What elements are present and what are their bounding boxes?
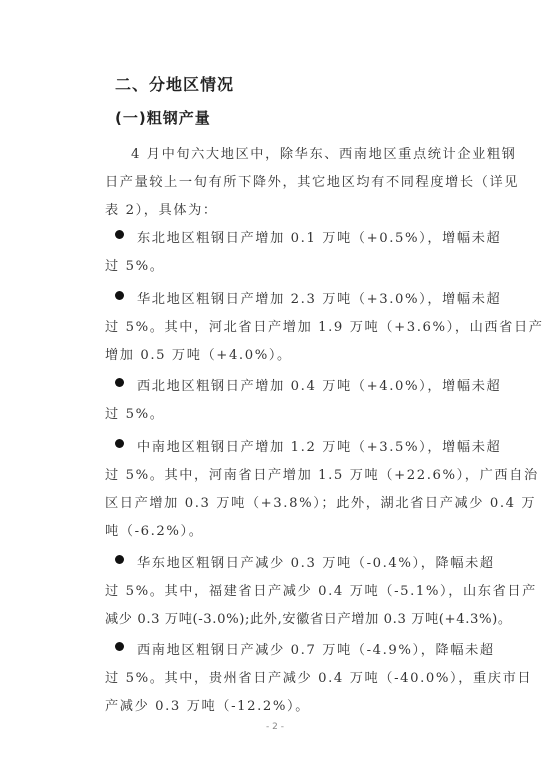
bullet-line: 区日产增加 0.3 万吨（+3.8%）；此外，湖北省日产减少 0.4 万 bbox=[105, 492, 445, 511]
bullet-icon bbox=[115, 551, 125, 561]
bullet-line: 产减少 0.3 万吨（-12.2%）。 bbox=[105, 695, 445, 714]
subsection-heading: (一)粗钢产量 bbox=[115, 107, 211, 128]
bullet-line: 西南地区粗钢日产减少 0.7 万吨（-4.9%），降幅未超 bbox=[137, 639, 477, 658]
bullet-icon bbox=[115, 287, 125, 297]
bullet-line: 过 5%。其中，河北省日产增加 1.9 万吨（+3.6%），山西省日产 bbox=[105, 316, 445, 335]
bullet-line: 过 5%。其中，福建省日产减少 0.4 万吨（-5.1%），山东省日产 bbox=[105, 580, 445, 599]
bullet-line: 过 5%。其中，贵州省日产减少 0.4 万吨（-40.0%），重庆市日 bbox=[105, 667, 445, 686]
section-heading: 二、分地区情况 bbox=[115, 72, 234, 95]
bullet-icon bbox=[115, 374, 125, 384]
bullet-icon bbox=[115, 638, 125, 648]
bullet-line: 过 5%。 bbox=[105, 403, 445, 422]
page-number: - 2 - bbox=[0, 722, 550, 732]
bullet-line: 华北地区粗钢日产增加 2.3 万吨（+3.0%），增幅未超 bbox=[137, 288, 477, 307]
bullet-line: 吨（-6.2%）。 bbox=[105, 520, 445, 539]
intro-line: 4 月中旬六大地区中，除华东、西南地区重点统计企业粗钢 bbox=[131, 143, 471, 162]
bullet-line: 华东地区粗钢日产减少 0.3 万吨（-0.4%），降幅未超 bbox=[137, 552, 477, 571]
bullet-line: 减少 0.3 万吨(-3.0%);此外,安徽省日产增加 0.3 万吨(+4.3%… bbox=[105, 608, 445, 627]
bullet-line: 过 5%。 bbox=[105, 255, 445, 274]
bullet-line: 西北地区粗钢日产增加 0.4 万吨（+4.0%），增幅未超 bbox=[137, 375, 477, 394]
bullet-line: 过 5%。其中，河南省日产增加 1.5 万吨（+22.6%），广西自治 bbox=[105, 464, 445, 483]
bullet-icon bbox=[115, 226, 125, 236]
bullet-line: 增加 0.5 万吨（+4.0%）。 bbox=[105, 344, 445, 363]
bullet-line: 中南地区粗钢日产增加 1.2 万吨（+3.5%），增幅未超 bbox=[137, 436, 477, 455]
document-page: 二、分地区情况 (一)粗钢产量 4 月中旬六大地区中，除华东、西南地区重点统计企… bbox=[0, 0, 550, 778]
intro-line: 表 2），具体为： bbox=[105, 199, 445, 218]
bullet-icon bbox=[115, 435, 125, 445]
bullet-line: 东北地区粗钢日产增加 0.1 万吨（+0.5%），增幅未超 bbox=[137, 227, 477, 246]
intro-line: 日产量较上一旬有所下降外，其它地区均有不同程度增长（详见 bbox=[105, 171, 445, 190]
